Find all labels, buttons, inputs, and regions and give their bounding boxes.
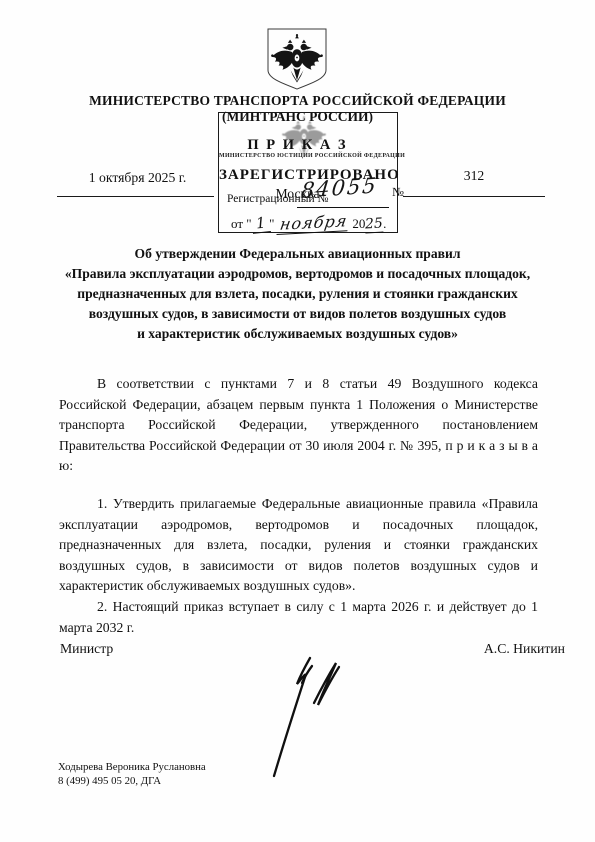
signer-name: А.С. Никитин (400, 641, 565, 657)
stamp-year-written: 25 (365, 216, 384, 234)
number-underline (403, 196, 545, 197)
stamp-registration-number: 84055 (300, 173, 379, 203)
preamble-paragraph: В соответствии с пунктами 7 и 8 статьи 4… (59, 374, 538, 477)
order-body: В соответствии с пунктами 7 и 8 статьи 4… (59, 374, 538, 638)
order-item-2: 2. Настоящий приказ вступает в силу с 1 … (59, 597, 538, 638)
title-line: Об утверждении Федеральных авиационных п… (40, 244, 555, 264)
stamp-issuer: МИНИСТЕРСТВО ЮСТИЦИИ РОССИЙСКОЙ ФЕДЕРАЦИ… (219, 153, 397, 159)
order-date: 1 октября 2025 г. (60, 170, 215, 186)
stamp-number-underline (297, 207, 389, 208)
document-page: МИНИСТЕРСТВО ТРАНСПОРТА РОССИЙСКОЙ ФЕДЕР… (0, 0, 595, 842)
title-line: и характеристик обслуживаемых воздушных … (40, 324, 555, 344)
russia-coat-of-arms-icon (262, 27, 332, 95)
executor-phone: 8 (499) 495 05 20, ДГА (58, 775, 206, 789)
executor-name: Ходырева Вероника Руслановна (58, 761, 206, 775)
ministry-name: МИНИСТЕРСТВО ТРАНСПОРТА РОССИЙСКОЙ ФЕДЕР… (0, 93, 595, 109)
stamp-date-line: от "1" ноября 2025. (231, 213, 386, 233)
title-line: предназначенных для взлета, посадки, рул… (40, 284, 555, 304)
title-line: воздушных судов, в зависимости от видов … (40, 304, 555, 324)
stamp-date-day: 1 (251, 213, 270, 234)
handwritten-signature (250, 645, 365, 780)
registration-stamp: МИНИСТЕРСТВО ЮСТИЦИИ РОССИЙСКОЙ ФЕДЕРАЦИ… (218, 112, 398, 233)
stamp-date-month: ноября (276, 211, 350, 235)
stamp-from-label: от (231, 216, 243, 231)
executor-contact: Ходырева Вероника Руслановна 8 (499) 495… (58, 761, 206, 788)
order-title: Об утверждении Федеральных авиационных п… (40, 244, 555, 344)
stamp-year-prefix: 20 (352, 216, 365, 231)
stamp-period: . (383, 216, 386, 231)
order-number: 312 (403, 168, 545, 184)
order-item-1: 1. Утвердить прилагаемые Федеральные ави… (59, 494, 538, 597)
justice-ministry-emblem-icon (277, 114, 331, 158)
title-line: «Правила эксплуатации аэродромов, вертод… (40, 264, 555, 284)
signer-position: Министр (60, 641, 113, 657)
